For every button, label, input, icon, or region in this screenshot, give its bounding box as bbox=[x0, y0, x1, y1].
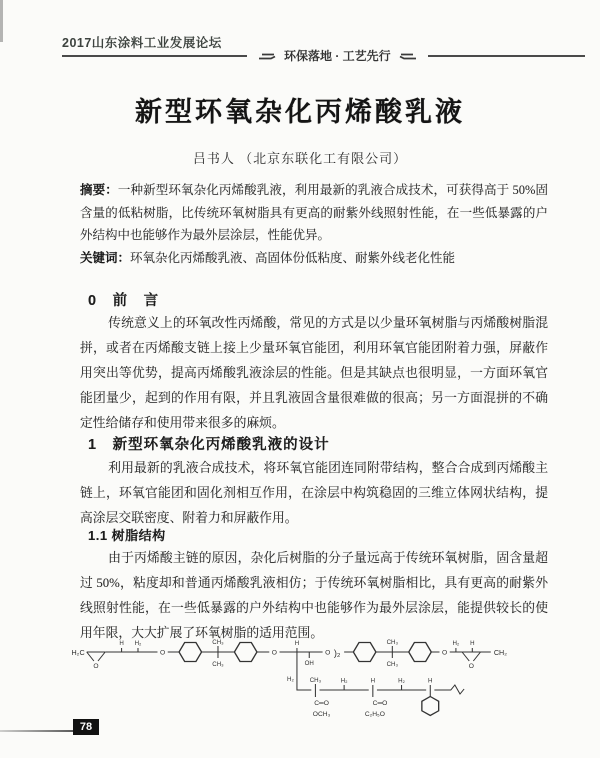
atom-label: O bbox=[442, 650, 447, 657]
atom-label: H bbox=[371, 679, 375, 685]
keywords-label: 关键词： bbox=[80, 251, 130, 265]
atom-label: CH₃ bbox=[212, 640, 224, 646]
atom-label: OH bbox=[305, 661, 314, 667]
paper-title: 新型环氧杂化丙烯酸乳液 bbox=[0, 90, 600, 129]
slogan-text: 环保落地 · 工艺先行 bbox=[284, 47, 391, 64]
footer-rule bbox=[0, 730, 73, 732]
repeat-bracket-label: )₂ bbox=[334, 648, 341, 658]
atom-label: O bbox=[469, 663, 474, 670]
ester-label: C₂H₅O bbox=[365, 711, 385, 718]
keywords-paragraph: 关键词：环氧杂化丙烯酸乳液、高固体份低粘度、耐紫外线老化性能 bbox=[80, 247, 548, 270]
section-paragraph-1: 利用最新的乳液合成技术，将环氧官能团连同附带结构，整合合成到丙烯酸主链上，环氧官… bbox=[80, 456, 548, 531]
abstract-block: 摘要：一种新型环氧杂化丙烯酸乳液，利用最新的乳液合成技术，可获得高于 50%固含… bbox=[80, 179, 548, 269]
scan-edge-smudge bbox=[0, 0, 3, 42]
atom-label: O bbox=[325, 650, 330, 657]
atom-label: CH₃ bbox=[310, 678, 322, 684]
atom-label: O bbox=[160, 650, 165, 657]
atom-label: H₂ bbox=[135, 641, 142, 647]
section-heading-0: 0 前 言 bbox=[88, 289, 159, 310]
subsection-heading-1-1: 1.1 树脂结构 bbox=[88, 525, 166, 544]
atom-label: O bbox=[93, 663, 98, 670]
atom-label: H₂ bbox=[287, 677, 294, 683]
chemical-structure-drawing: H₂C O H H₂ O CH₃ CH₃ O H OH O )₂ CH₃ CH₃… bbox=[58, 638, 540, 718]
keywords-text: 环氧杂化丙烯酸乳液、高固体份低粘度、耐紫外线老化性能 bbox=[130, 251, 455, 265]
subsection-paragraph-1-1: 由于丙烯酸主链的原因，杂化后树脂的分子量远高于传统环氧树脂，固含量超过 50%，… bbox=[80, 546, 548, 646]
header-rule: 环保落地 · 工艺先行 bbox=[62, 47, 585, 64]
atom-label: H bbox=[119, 641, 123, 647]
ester-label: C═O bbox=[314, 700, 329, 707]
slogan-flourish-right-icon bbox=[398, 51, 418, 61]
slogan-flourish-left-icon bbox=[257, 51, 277, 61]
atom-label: H₂ bbox=[341, 679, 348, 685]
atom-label: H bbox=[470, 641, 474, 647]
chemical-structure-figure: H₂C O H H₂ O CH₃ CH₃ O H OH O )₂ CH₃ CH₃… bbox=[58, 638, 540, 718]
atom-label: CH₃ bbox=[387, 662, 399, 668]
header-rule-right bbox=[428, 55, 585, 57]
abstract-label: 摘要： bbox=[80, 183, 118, 197]
abstract-paragraph: 摘要：一种新型环氧杂化丙烯酸乳液，利用最新的乳液合成技术，可获得高于 50%固含… bbox=[80, 179, 548, 247]
atom-label: CH₃ bbox=[212, 662, 224, 668]
section-heading-1: 1 新型环氧杂化丙烯酸乳液的设计 bbox=[88, 433, 330, 454]
atom-label: H bbox=[428, 679, 432, 685]
atom-label: H₂ bbox=[452, 641, 459, 647]
ester-label: C═O bbox=[373, 700, 388, 707]
atom-label: CH₂ bbox=[494, 649, 507, 657]
abstract-text: 一种新型环氧杂化丙烯酸乳液，利用最新的乳液合成技术，可获得高于 50%固含量的低… bbox=[80, 183, 548, 242]
atom-label: CH₃ bbox=[387, 640, 399, 646]
atom-label: H₂C bbox=[72, 649, 85, 657]
atom-label: H bbox=[295, 641, 299, 647]
section-paragraph-0: 传统意义上的环氧改性丙烯酸，常见的方式是以少量环氧树脂与丙烯酸树脂混拼，或者在丙… bbox=[80, 311, 548, 436]
author-line: 吕书人 （北京东联化工有限公司） bbox=[0, 148, 600, 167]
header-slogan: 环保落地 · 工艺先行 bbox=[253, 47, 422, 64]
atom-label: O bbox=[272, 650, 277, 657]
atom-label: H₂ bbox=[398, 679, 405, 685]
ester-label: OCH₃ bbox=[313, 711, 331, 718]
page-number-badge: 78 bbox=[73, 719, 99, 735]
header-rule-left bbox=[62, 55, 247, 57]
